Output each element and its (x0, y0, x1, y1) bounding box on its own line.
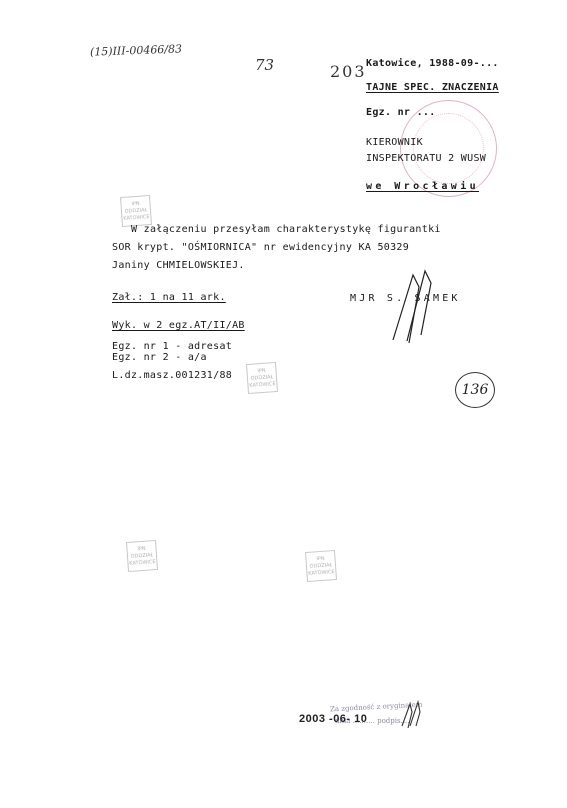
ipn-stamp-line: KATOWICE (129, 559, 156, 568)
ipn-stamp-line: KATOWICE (123, 214, 150, 223)
copy-number: Egz. nr ... (366, 107, 436, 118)
copy-2-distribution: Egz. nr 2 - a/a (112, 352, 207, 363)
handwritten-reference: (15)III-00466/83 (90, 42, 182, 58)
handwritten-page-mark: 73 (255, 56, 274, 74)
ipn-stamp: IPN ODDZIAŁ KATOWICE (126, 540, 158, 572)
place-date: Katowice, 1988-09-... (366, 58, 499, 69)
ipn-stamp: IPN ODDZIAŁ KATOWICE (305, 550, 337, 582)
attachment-note: Zał.: 1 na 11 ark. (112, 292, 226, 303)
certification-date: 2003 -06- 10 (299, 713, 367, 725)
handwritten-signature (385, 265, 445, 349)
recipient-unit: INSPEKTORATU 2 WUSW (366, 153, 486, 164)
ipn-stamp: IPN ODDZIAŁ KATOWICE (246, 362, 278, 394)
recipient-city: we Wrocławiu (366, 181, 479, 192)
body-line-3: Janiny CHMIELOWSKIEJ. (112, 260, 245, 271)
ipn-stamp: IPN ODDZIAŁ KATOWICE (120, 195, 152, 227)
circled-page-number: 136 (455, 372, 495, 408)
copies-note: Wyk. w 2 egz.AT/II/AB (112, 320, 245, 331)
classification: TAJNE SPEC. ZNACZENIA (366, 82, 499, 93)
copy-1-distribution: Egz. nr 1 - adresat (112, 341, 232, 352)
certification-signature (398, 700, 428, 734)
body-line-1: W załączeniu przesyłam charakterystykę f… (131, 224, 441, 235)
body-line-2: SOR krypt. "OŚMIORNICA" nr ewidencyjny K… (112, 242, 409, 253)
ipn-stamp-line: KATOWICE (249, 381, 276, 390)
recipient-title: KIEROWNIK (366, 137, 423, 148)
ipn-stamp-line: KATOWICE (308, 569, 335, 578)
folio-number: 203 (330, 62, 367, 81)
register-number: L.dz.masz.001231/88 (112, 370, 232, 381)
